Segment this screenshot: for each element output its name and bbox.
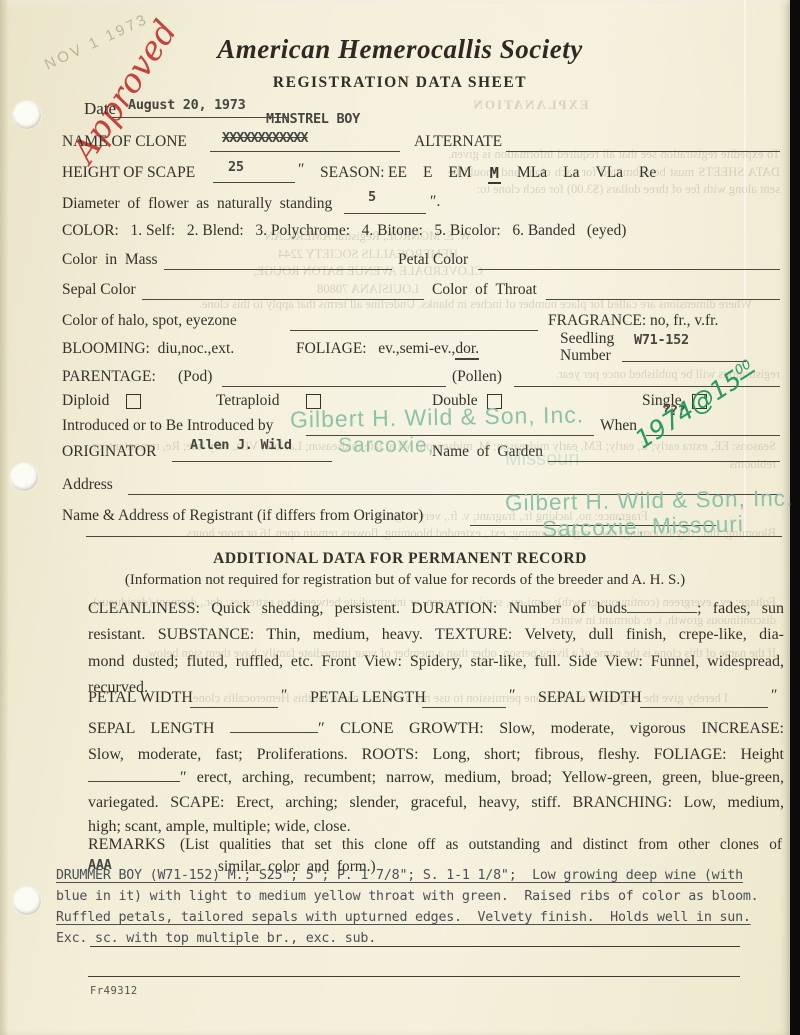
originator-city-stamp: Sarcoxie, [338, 434, 435, 458]
clone-name-struck-out: XXXXXXXXXXXX [222, 130, 308, 146]
registrant-extra-blank [86, 536, 782, 537]
petal-width-label: PETAL WIDTH [88, 689, 193, 707]
halo-label: Color of halo, spot, eyezone [62, 312, 237, 330]
pollen-label: (Pollen) [452, 368, 502, 386]
punch-hole-top [13, 101, 41, 129]
additional-data-note: (Information not required for registrati… [95, 572, 715, 589]
bleed-text-explanation: EXPLANATION [455, 96, 605, 114]
petal-length-label: PETAL LENGTH [310, 689, 426, 707]
diameter-blank-line [344, 197, 426, 214]
foliage-paragraph: ″ erect, arching, recumbent; narrow, med… [88, 766, 784, 840]
season-vla: VLa [596, 164, 624, 184]
diameter-label: Diameter of flower as naturally standing [62, 195, 332, 213]
diameter-value: 5 [368, 189, 376, 205]
foliage-line2: variegated. SCAPE: Erect, arching; slend… [88, 791, 784, 816]
halo-blank [290, 314, 538, 331]
growth-line2: Slow, moderate, fast; Proliferations. RO… [88, 742, 784, 768]
sepal-width-blank [640, 691, 768, 708]
fragrance-label: FRAGRANCE: no, fr., v.fr. [548, 312, 718, 330]
remarks-note-line1: (List qualities that set this clone off … [180, 836, 782, 854]
sepal-length-blank [230, 720, 318, 733]
petal-length-inch: ″ [509, 687, 515, 705]
growth-line1: SEPAL LENGTH ″ CLONE GROWTH: Slow, moder… [88, 716, 784, 742]
height-blank-line [213, 166, 295, 183]
clone-name-typed: MINSTREL BOY [266, 111, 360, 127]
cleanliness-text-b: ; fades, sun [697, 600, 784, 617]
season-ee: EE [388, 164, 407, 184]
page-title: American Hemerocallis Society [175, 34, 625, 65]
cleanliness-paragraph: CLEANLINESS: Quick shedding, persistent.… [88, 596, 784, 702]
paper-sheet: EXPLANATION To expedite registration see… [0, 0, 790, 1035]
cleanliness-line3: mond dusted; fluted, ruffled, etc. Front… [88, 649, 784, 675]
address-label: Address [62, 476, 113, 494]
seedling-value: W71-152 [634, 332, 689, 348]
throat-color-blank [546, 283, 780, 300]
growth-paragraph: SEPAL LENGTH ″ CLONE GROWTH: Slow, moder… [88, 716, 784, 768]
garden-blank [548, 445, 780, 462]
cleanliness-line2: resistant. SUBSTANCE: Thin, medium, heav… [88, 622, 784, 648]
color-options-line: COLOR: 1. Self: 2. Blend: 3. Polychrome:… [62, 222, 626, 240]
introduced-by-stamp: Gilbert H. Wild & Son, Inc. [290, 401, 585, 433]
alternate-blank-line [506, 135, 780, 152]
foliage-line1: ″ erect, arching, recumbent; narrow, med… [88, 766, 784, 791]
buds-blank [627, 600, 697, 613]
season-la: La [563, 164, 579, 184]
clone-name-label: NAME OF CLONE [62, 133, 187, 151]
typed-remarks-line1: DRUMMER BOY (W71-152) M.; S25"; 5"; P. 1… [56, 868, 743, 883]
sepal-width-inch: ″ [771, 687, 777, 705]
petal-width-inch: ″ [281, 687, 287, 705]
season-re: Re [639, 164, 656, 184]
punch-hole-middle [10, 463, 38, 491]
season-e: E [423, 164, 432, 184]
typed-remarks-line3: Ruffled petals, tailored sepals with upt… [56, 910, 751, 925]
season-options: EE E EM M MLa La VLa Re [388, 164, 656, 184]
petal-color-blank [478, 253, 780, 270]
foliage-options: FOLIAGE: ev.,semi-ev., [296, 340, 455, 357]
sepal-width-label: SEPAL WIDTH [538, 689, 642, 707]
seedling-label-top: Seedling [560, 330, 614, 348]
color-in-mass-blank [164, 253, 392, 270]
pod-label: (Pod) [178, 368, 212, 386]
season-label: SEASON: [320, 164, 385, 182]
foliage-height-blank [88, 769, 180, 782]
punch-hole-bottom [13, 887, 41, 915]
parentage-label: PARENTAGE: [62, 368, 156, 386]
pod-blank [222, 370, 446, 387]
petal-length-blank [422, 691, 506, 708]
seedling-label-bottom: Number [560, 347, 611, 365]
page-subtitle: REGISTRATION DATA SHEET [175, 74, 625, 92]
season-mla: MLa [517, 164, 547, 184]
form-code: Fr49312 [90, 985, 138, 997]
originator-label: ORIGINATOR [62, 443, 156, 461]
growth-text-1: ″ CLONE GROWTH: Slow, moderate, vigorous… [318, 720, 784, 737]
date-value: August 20, 1973 [128, 97, 245, 113]
scanned-registration-sheet: EXPLANATION To expedite registration see… [0, 0, 800, 1035]
cleanliness-text-a: CLEANLINESS: Quick shedding, persistent.… [88, 600, 627, 617]
tetraploid-label: Tetraploid [216, 392, 279, 410]
registrant-stamp-line1: Gilbert H. Wild & Son, Inc. [505, 485, 794, 516]
registrant-stamp-line2: Sarcoxie, Missouri [542, 511, 744, 542]
height-value: 25 [228, 159, 244, 175]
sepal-color-blank [142, 283, 424, 300]
registrant-label: Name & Address of Registrant (if differs… [62, 507, 423, 525]
typed-remarks-line2: blue in it) with light to medium yellow … [56, 889, 759, 904]
bottom-rule-2 [88, 976, 740, 977]
throat-color-label: Color of Throat [432, 281, 537, 299]
foliage-dor-underlined: dor. [455, 340, 479, 360]
sepal-length-label: SEPAL LENGTH [88, 720, 230, 737]
typed-remarks-line4: Exc. sc. with top multiple br., exc. sub… [56, 931, 376, 946]
additional-data-heading: ADDITIONAL DATA FOR PERMANENT RECORD [175, 550, 625, 568]
blooming-label: BLOOMING: diu,noc.,ext. [62, 340, 234, 358]
petal-color-label: Petal Color [398, 251, 468, 269]
remarks-label: REMARKS [88, 836, 165, 854]
height-of-scape-label: HEIGHT OF SCAPE [62, 164, 195, 182]
diploid-label: Diploid [62, 392, 109, 410]
color-in-mass-label: Color in Mass [62, 251, 158, 269]
bottom-rule-1 [90, 946, 740, 947]
petal-width-blank [190, 691, 278, 708]
introduced-label: Introduced or to Be Introduced by [62, 417, 273, 435]
height-inch-mark: ″ [298, 161, 304, 179]
originator-value: Allen J. Wild [190, 437, 292, 453]
sepal-color-label: Sepal Color [62, 281, 136, 299]
diploid-checkbox [126, 394, 141, 409]
cleanliness-line1: CLEANLINESS: Quick shedding, persistent.… [88, 596, 784, 622]
alternate-label: ALTERNATE [414, 133, 502, 151]
foliage-text-1: ″ erect, arching, recumbent; narrow, med… [180, 769, 784, 786]
diameter-inch-mark: ″. [430, 193, 440, 211]
paper-left-edge-shadow [0, 0, 9, 1035]
season-em: EM [448, 164, 471, 184]
foliage-label: FOLIAGE: ev.,semi-ev.,dor. [296, 340, 479, 358]
season-m-selected: M [488, 164, 501, 184]
